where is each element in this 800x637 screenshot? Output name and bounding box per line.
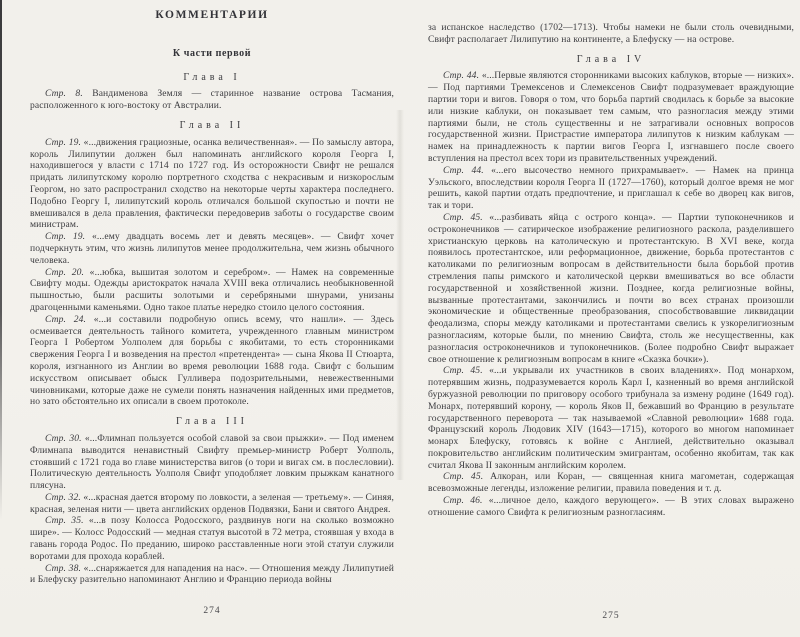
entry-page-ref: Стр. 19. xyxy=(45,231,92,242)
page-right: за испанское наследство (1702—1713). Что… xyxy=(428,22,794,519)
entry-text: «...красная дается второму по ловкости, … xyxy=(30,492,394,515)
commentary-entry: Стр. 46. «...личное дело, каждого верующ… xyxy=(428,495,794,519)
commentary-entry: Стр. 32. «...красная дается второму по л… xyxy=(30,492,394,516)
entry-page-ref: Стр. 38. xyxy=(45,563,84,574)
commentary-entry: Стр. 45. Алкоран, или Коран, — священная… xyxy=(428,471,794,495)
commentary-entry: Стр. 19. «...движения грациозные, осанка… xyxy=(30,137,394,231)
commentary-entry: Стр. 19. «...ему двадцать восемь лет и д… xyxy=(30,231,394,266)
entry-page-ref: Стр. 8. xyxy=(45,88,92,99)
entry-text: «...и составили подробную опись всему, ч… xyxy=(30,314,394,408)
scan-edge-shadow xyxy=(0,0,2,520)
entry-text: «...разбивать яйца с острого конца». — П… xyxy=(428,212,794,365)
continuation-paragraph: за испанское наследство (1702—1713). Что… xyxy=(428,22,794,46)
commentary-entry: Стр. 45. «...и укрывали их участников в … xyxy=(428,365,794,471)
entry-page-ref: Стр. 45. xyxy=(443,471,490,482)
entry-page-ref: Стр. 30. xyxy=(45,433,85,444)
entry-text: за испанское наследство (1702—1713). Что… xyxy=(428,22,794,45)
commentary-entry: Стр. 45. «...разбивать яйца с острого ко… xyxy=(428,212,794,365)
entry-page-ref: Стр. 44. xyxy=(443,165,491,176)
left-page-blocks: Глава IСтр. 8. Вандименова Земля — стари… xyxy=(30,72,394,587)
entry-page-ref: Стр. 46. xyxy=(443,495,489,506)
entry-text: «...движения грациозные, осанка величест… xyxy=(30,137,394,231)
chapter-heading: Глава IV xyxy=(428,54,794,66)
chapter-heading: Глава I xyxy=(30,72,394,84)
entry-text: «...Флимнап пользуется особой славой за … xyxy=(30,433,394,491)
commentary-entry: Стр. 44. «...Первые являются сторонникам… xyxy=(428,70,794,164)
entry-text: «...Первые являются сторонниками высоких… xyxy=(428,70,794,164)
commentary-entry: Стр. 35. «...в позу Колосса Родосского, … xyxy=(30,515,394,562)
entry-page-ref: Стр. 35. xyxy=(45,515,89,526)
entry-text: «...и укрывали их участников в своих вла… xyxy=(428,365,794,470)
chapter-heading: Глава III xyxy=(30,416,394,428)
entry-page-ref: Стр. 45. xyxy=(443,212,489,223)
commentary-entry: Стр. 44. «...его высочество немного прих… xyxy=(428,165,794,212)
page-left: КОММЕНТАРИИ К части первой Глава IСтр. 8… xyxy=(30,10,394,586)
page-number-right: 275 xyxy=(428,611,794,621)
entry-page-ref: Стр. 32. xyxy=(45,492,83,503)
entry-text: «...снаряжается для нападения на нас». —… xyxy=(30,563,394,586)
entry-page-ref: Стр. 24. xyxy=(45,314,94,325)
entry-page-ref: Стр. 20. xyxy=(45,267,90,278)
commentary-entry: Стр. 38. «...снаряжается для нападения н… xyxy=(30,563,394,587)
book-spread: КОММЕНТАРИИ К части первой Глава IСтр. 8… xyxy=(0,0,800,637)
entry-page-ref: Стр. 19. xyxy=(45,137,84,148)
commentary-entry: Стр. 24. «...и составили подробную опись… xyxy=(30,314,394,408)
right-page-blocks: за испанское наследство (1702—1713). Что… xyxy=(428,22,794,519)
entry-page-ref: Стр. 45. xyxy=(443,365,489,376)
page-gutter-shadow xyxy=(396,110,404,480)
entry-page-ref: Стр. 44. xyxy=(443,70,482,81)
commentary-entry: Стр. 20. «...юбка, вышитая золотом и сер… xyxy=(30,267,394,314)
commentary-title: КОММЕНТАРИИ xyxy=(30,10,394,22)
commentary-entry: Стр. 30. «...Флимнап пользуется особой с… xyxy=(30,433,394,492)
part-subtitle: К части первой xyxy=(30,48,394,60)
chapter-heading: Глава II xyxy=(30,120,394,132)
commentary-entry: Стр. 8. Вандименова Земля — старинное на… xyxy=(30,88,394,112)
page-number-left: 274 xyxy=(30,606,394,616)
